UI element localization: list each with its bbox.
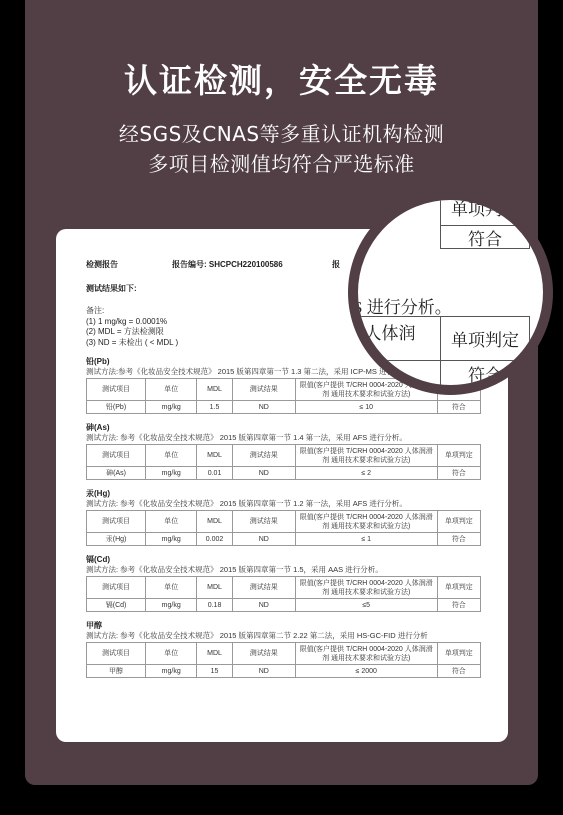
section-method: 测试方法: 参考《化妆品安全技术规范》 2015 版第四章第一节 1.4 第一法… — [86, 433, 481, 443]
table-cell: 0.18 — [197, 599, 232, 612]
table-cell: mg/kg — [146, 401, 197, 414]
test-section: 汞(Hg) 测试方法: 参考《化妆品安全技术规范》 2015 版第四章第一节 1… — [86, 489, 481, 546]
column-header: 测试结果 — [232, 445, 295, 467]
test-section: 镉(Cd) 测试方法: 参考《化妆品安全技术规范》 2015 版第四章第一节 1… — [86, 555, 481, 612]
column-header: 测试结果 — [232, 643, 295, 665]
column-header: 单项判定 — [437, 445, 480, 467]
column-header: 测试项目 — [87, 445, 146, 467]
column-header: 限值(客户提供 T/CRH 0004-2020 人体润滑剂 通用技术要求和试验方… — [295, 445, 437, 467]
section-name: 甲醇 — [86, 621, 481, 631]
column-header: 测试项目 — [87, 643, 146, 665]
test-section: 甲醇 测试方法: 参考《化妆品安全技术规范》 2015 版第四章第二节 2.22… — [86, 621, 481, 678]
table-cell: 0.002 — [197, 533, 232, 546]
mag-value-cell: 符合 — [440, 225, 530, 249]
column-header: MDL — [197, 577, 232, 599]
column-header: MDL — [197, 445, 232, 467]
table-header-row: 测试项目单位MDL测试结果限值(客户提供 T/CRH 0004-2020 人体润… — [87, 577, 481, 599]
column-header: 单位 — [146, 379, 197, 401]
table-cell: 符合 — [437, 401, 480, 414]
headline: 认证检测，安全无毒 — [0, 55, 563, 102]
section-name: 砷(As) — [86, 423, 481, 433]
table-row: 甲醇mg/kg15ND≤ 2000符合 — [87, 665, 481, 678]
table-cell: mg/kg — [146, 665, 197, 678]
mag-header-cell-2: 单项判定 — [440, 316, 530, 361]
column-header: 限值(客户提供 T/CRH 0004-2020 人体润滑剂 通用技术要求和试验方… — [295, 577, 437, 599]
section-method: 测试方法: 参考《化妆品安全技术规范》 2015 版第四章第一节 1.5，采用 … — [86, 565, 481, 575]
column-header: MDL — [197, 643, 232, 665]
column-header: 测试结果 — [232, 379, 295, 401]
column-header: 测试结果 — [232, 577, 295, 599]
table-cell: 甲醇 — [87, 665, 146, 678]
table-cell: 符合 — [437, 533, 480, 546]
results-table: 测试项目单位MDL测试结果限值(客户提供 T/CRH 0004-2020 人体润… — [86, 642, 481, 678]
column-header: 测试项目 — [87, 379, 146, 401]
section-name: 汞(Hg) — [86, 489, 481, 499]
report-label: 检测报告 — [86, 259, 172, 273]
table-cell: ND — [232, 665, 295, 678]
table-cell: ND — [232, 599, 295, 612]
column-header: 单位 — [146, 577, 197, 599]
mag-limit-cell: 人体润 — [348, 316, 441, 361]
table-header-row: 测试项目单位MDL测试结果限值(客户提供 T/CRH 0004-2020 人体润… — [87, 445, 481, 467]
table-header-row: 测试项目单位MDL测试结果限值(客户提供 T/CRH 0004-2020 人体润… — [87, 511, 481, 533]
column-header: 单位 — [146, 643, 197, 665]
mag-method-tail: S 进行分析。 — [353, 293, 452, 318]
column-header: 单项判定 — [437, 577, 480, 599]
table-cell: mg/kg — [146, 467, 197, 480]
column-header: 限值(客户提供 T/CRH 0004-2020 人体润滑剂 通用技术要求和试验方… — [295, 643, 437, 665]
results-table: 测试项目单位MDL测试结果限值(客户提供 T/CRH 0004-2020 人体润… — [86, 576, 481, 612]
table-cell: ≤5 — [295, 599, 437, 612]
results-table: 测试项目单位MDL测试结果限值(客户提供 T/CRH 0004-2020 人体润… — [86, 444, 481, 480]
table-cell: 符合 — [437, 599, 480, 612]
subheadline-1: 经SGS及CNAS等多重认证机构检测 — [0, 118, 563, 147]
table-cell: ND — [232, 533, 295, 546]
table-cell: 砷(As) — [87, 467, 146, 480]
table-cell: 15 — [197, 665, 232, 678]
table-cell: ≤ 1 — [295, 533, 437, 546]
table-cell: 铅(Pb) — [87, 401, 146, 414]
table-cell: 符合 — [437, 665, 480, 678]
table-row: 砷(As)mg/kg0.01ND≤ 2符合 — [87, 467, 481, 480]
table-cell: ND — [232, 467, 295, 480]
column-header: 限值(客户提供 T/CRH 0004-2020 人体润滑剂 通用技术要求和试验方… — [295, 511, 437, 533]
table-cell: 1.5 — [197, 401, 232, 414]
test-section: 砷(As) 测试方法: 参考《化妆品安全技术规范》 2015 版第四章第一节 1… — [86, 423, 481, 480]
table-cell: 镉(Cd) — [87, 599, 146, 612]
results-table: 测试项目单位MDL测试结果限值(客户提供 T/CRH 0004-2020 人体润… — [86, 510, 481, 546]
section-method: 测试方法: 参考《化妆品安全技术规范》 2015 版第四章第一节 1.2 第一法… — [86, 499, 481, 509]
section-method: 测试方法: 参考《化妆品安全技术规范》 2015 版第四章第二节 2.22 第二… — [86, 631, 481, 641]
table-row: 铅(Pb)mg/kg1.5ND≤ 10符合 — [87, 401, 481, 414]
table-cell: ND — [232, 401, 295, 414]
table-cell: ≤ 2000 — [295, 665, 437, 678]
mag-value-cell-2: 符合 — [440, 360, 530, 386]
column-header: 测试结果 — [232, 511, 295, 533]
report-number: 报告编号: SHCPCH220100586 — [172, 259, 332, 273]
table-cell: mg/kg — [146, 599, 197, 612]
table-row: 镉(Cd)mg/kg0.18ND≤5符合 — [87, 599, 481, 612]
table-cell: ≤ 10 — [295, 401, 437, 414]
table-cell: mg/kg — [146, 533, 197, 546]
magnifier-lens: 单项判定 符合 S 进行分析。 人体润 单项判定 符合 — [348, 190, 553, 395]
table-header-row: 测试项目单位MDL测试结果限值(客户提供 T/CRH 0004-2020 人体润… — [87, 643, 481, 665]
table-cell: ≤ 2 — [295, 467, 437, 480]
column-header: 测试项目 — [87, 511, 146, 533]
table-cell: 0.01 — [197, 467, 232, 480]
section-name: 镉(Cd) — [86, 555, 481, 565]
report-truncated: 报 — [332, 259, 340, 273]
column-header: 单项判定 — [437, 511, 480, 533]
table-cell: 汞(Hg) — [87, 533, 146, 546]
column-header: 单位 — [146, 445, 197, 467]
table-cell: 符合 — [437, 467, 480, 480]
column-header: 单项判定 — [437, 643, 480, 665]
subheadline-2: 多项目检测值均符合严选标准 — [0, 148, 563, 177]
column-header: 测试项目 — [87, 577, 146, 599]
table-row: 汞(Hg)mg/kg0.002ND≤ 1符合 — [87, 533, 481, 546]
column-header: MDL — [197, 511, 232, 533]
column-header: MDL — [197, 379, 232, 401]
column-header: 单位 — [146, 511, 197, 533]
